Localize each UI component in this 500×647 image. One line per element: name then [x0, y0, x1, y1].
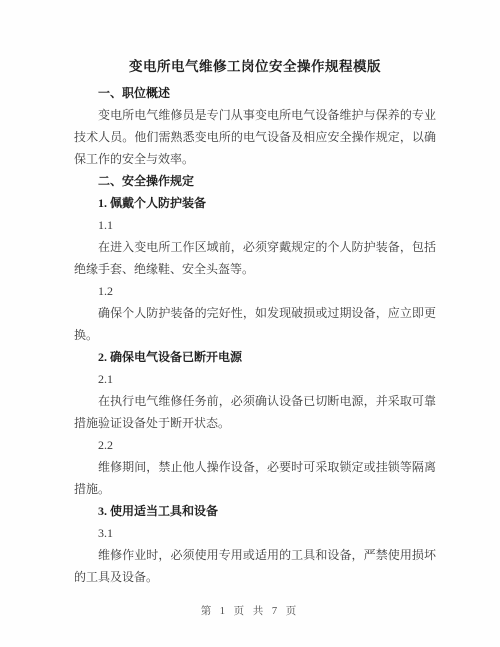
paragraph-overview: 变电所电气维修员是专门从事变电所电气设备维护与保养的专业技术人员。他们需熟悉变电…	[74, 104, 436, 170]
page-footer: 第 1 页 共 7 页	[0, 602, 500, 622]
paragraph-2-1: 在执行电气维修任务前，必须确认设备已切断电源，并采取可靠措施验证设备处于断开状态…	[74, 390, 436, 434]
section-heading-1: 一、职位概述	[74, 82, 436, 104]
document-page: 变电所电气维修工岗位安全操作规程模版 一、职位概述 变电所电气维修员是专门从事变…	[0, 0, 500, 647]
clause-number-3-1: 3.1	[74, 522, 436, 544]
section-heading-2: 二、安全操作规定	[74, 170, 436, 192]
clause-number-2-2: 2.2	[74, 434, 436, 456]
paragraph-1-2: 确保个人防护装备的完好性，如发现破损或过期设备，应立即更换。	[74, 302, 436, 346]
clause-number-1-1: 1.1	[74, 214, 436, 236]
clause-heading-1: 1. 佩戴个人防护装备	[74, 192, 436, 214]
paragraph-3-1: 维修作业时，必须使用专用或适用的工具和设备，严禁使用损坏的工具及设备。	[74, 544, 436, 588]
clause-number-2-1: 2.1	[74, 368, 436, 390]
paragraph-1-1: 在进入变电所工作区域前，必须穿戴规定的个人防护装备，包括绝缘手套、绝缘鞋、安全头…	[74, 236, 436, 280]
paragraph-2-2: 维修期间，禁止他人操作设备，必要时可采取锁定或挂锁等隔离措施。	[74, 456, 436, 500]
clause-heading-2: 2. 确保电气设备已断开电源	[74, 346, 436, 368]
clause-heading-3: 3. 使用适当工具和设备	[74, 500, 436, 522]
clause-number-1-2: 1.2	[74, 280, 436, 302]
document-title: 变电所电气维修工岗位安全操作规程模版	[74, 56, 436, 78]
